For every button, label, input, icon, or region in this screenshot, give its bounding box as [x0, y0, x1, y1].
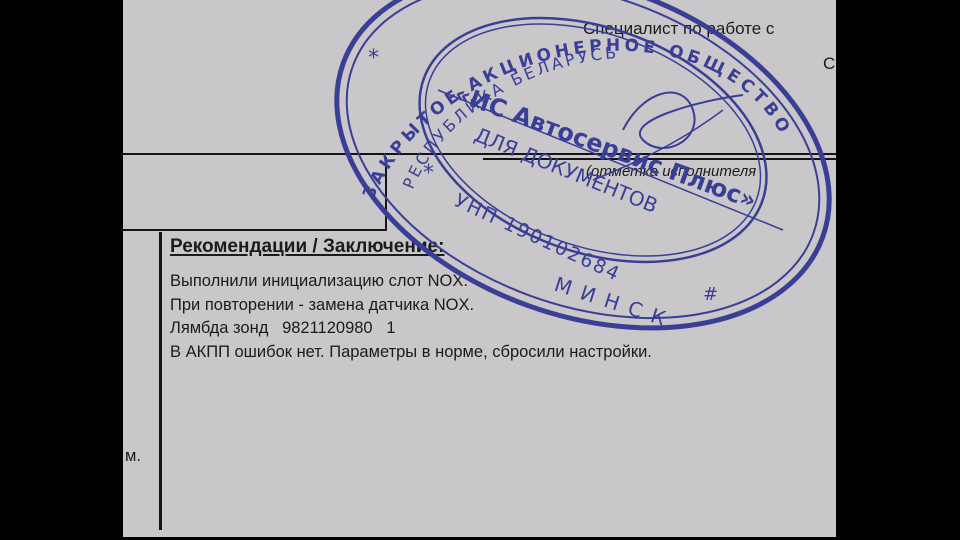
- svg-text:#: #: [703, 284, 718, 305]
- header-fragment: С: [823, 53, 835, 74]
- specialist-label: Специалист по работе с: [583, 18, 774, 39]
- svg-text:*: *: [423, 161, 434, 186]
- stamp-company-name: «ИС Автосервис Плюс»: [451, 79, 760, 214]
- table-vertical-divider: [159, 232, 162, 530]
- recommendations-heading: Рекомендации / Заключение:: [170, 236, 444, 258]
- recommendation-line: При повторении - замена датчика NOX.: [170, 295, 474, 316]
- signature-line: [483, 158, 836, 160]
- document-page: Специалист по работе с С (отметка исполн…: [123, 0, 836, 537]
- signature-caption: (отметка исполнителя: [586, 163, 756, 180]
- box-bottom-border: [123, 229, 387, 231]
- box-right-border: [385, 157, 387, 229]
- table-border-top: [123, 153, 836, 155]
- recommendation-line: Выполнили инициализацию слот NOX.: [170, 271, 468, 292]
- stamp-city: МИНСК: [551, 272, 678, 334]
- recommendation-line: В АКПП ошибок нет. Параметры в норме, сб…: [170, 342, 652, 363]
- stamp-unp: УНП 190102684: [451, 190, 624, 286]
- company-stamp: ЗАКРЫТОЕ АКЦИОНЕРНОЕ ОБЩЕСТВО РЕСПУБЛИКА…: [123, 0, 836, 537]
- left-fragment-text: м.: [125, 446, 141, 467]
- svg-text:*: *: [368, 46, 379, 71]
- recommendation-line: Лямбда зонд 9821120980 1: [170, 318, 396, 339]
